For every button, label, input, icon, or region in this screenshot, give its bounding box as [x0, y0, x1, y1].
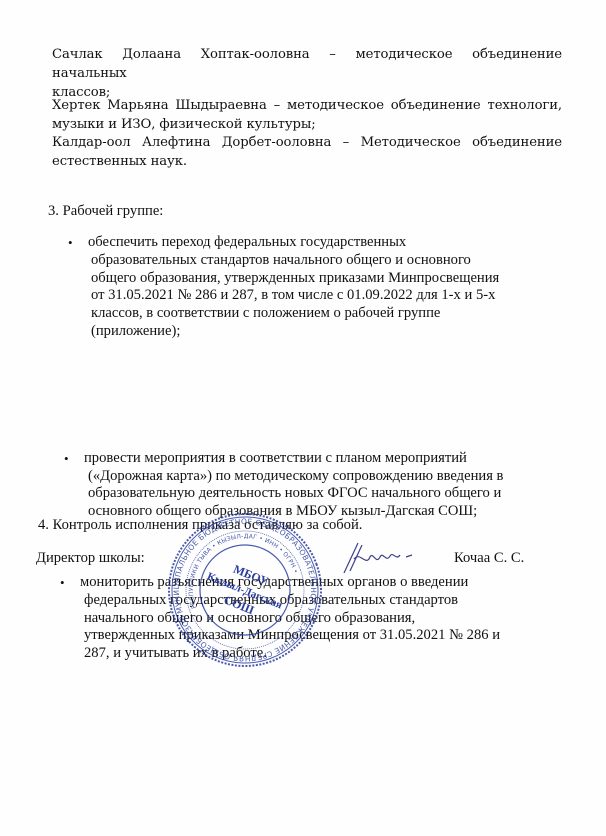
text-line: от 31.05.2021 № 286 и 287, в том числе с…: [88, 287, 606, 305]
member-paragraph-1: Сачлак Долаана Хоптак-ооловна – методиче…: [52, 45, 562, 102]
bullet-item-2: • провести мероприятия в соответствии с …: [62, 450, 606, 521]
text-line: классов, в соответствии с положением о р…: [88, 305, 606, 323]
text-line: естественных наук.: [52, 152, 562, 171]
text-line: (приложение);: [88, 323, 606, 341]
member-paragraph-3: Калдар-оол Алефтина Дорбет-ооловна – Мет…: [52, 133, 562, 171]
text-line: образовательных стандартов начального об…: [88, 252, 606, 270]
text-line: начального общего и основного общего обр…: [80, 610, 606, 628]
director-signature: [340, 537, 420, 577]
text-line: обеспечить переход федеральных государст…: [88, 234, 606, 252]
text-line: утвержденных приказами Минпросвещения от…: [80, 627, 606, 645]
bullet-item-1: • обеспечить переход федеральных государ…: [66, 234, 606, 341]
director-name: Кочаа С. С.: [454, 550, 524, 568]
section-3-heading: 3. Рабочей группе:: [48, 203, 163, 221]
bullet-icon: •: [60, 574, 65, 592]
bullet-icon: •: [64, 450, 69, 468]
member-paragraph-2: Хертек Марьяна Шыдыраевна – методическое…: [52, 96, 562, 134]
text-line: музыки и ИЗО, физической культуры;: [52, 115, 562, 134]
signature-icon: [340, 537, 420, 577]
director-role: Директор школы:: [36, 550, 145, 568]
text-line: («Дорожная карта») по методическому сопр…: [84, 468, 606, 486]
bullet-item-3: • мониторить разъяснения государственных…: [58, 574, 606, 663]
text-line: Хертек Марьяна Шыдыраевна – методическое…: [52, 96, 562, 115]
text-line: образовательную деятельность новых ФГОС …: [84, 485, 606, 503]
bullet-icon: •: [68, 234, 73, 252]
document-page: Сачлак Долаана Хоптак-ооловна – методиче…: [0, 0, 606, 836]
text-line: Калдар-оол Алефтина Дорбет-ооловна – Мет…: [52, 133, 562, 152]
text-line: общего образования, утвержденных приказа…: [88, 270, 606, 288]
school-seal-stamp: МУНИЦИПАЛЬНОЕ БЮДЖЕТНОЕ ОБЩЕОБРАЗОВАТЕЛЬ…: [165, 510, 325, 670]
text-line: федеральных государственных образователь…: [80, 592, 606, 610]
seal-icon: МУНИЦИПАЛЬНОЕ БЮДЖЕТНОЕ ОБЩЕОБРАЗОВАТЕЛЬ…: [165, 510, 325, 670]
text-line: Сачлак Долаана Хоптак-ооловна – методиче…: [52, 45, 562, 83]
text-line: провести мероприятия в соответствии с пл…: [84, 450, 606, 468]
text-line: 287, и учитывать их в работе.: [80, 645, 606, 663]
